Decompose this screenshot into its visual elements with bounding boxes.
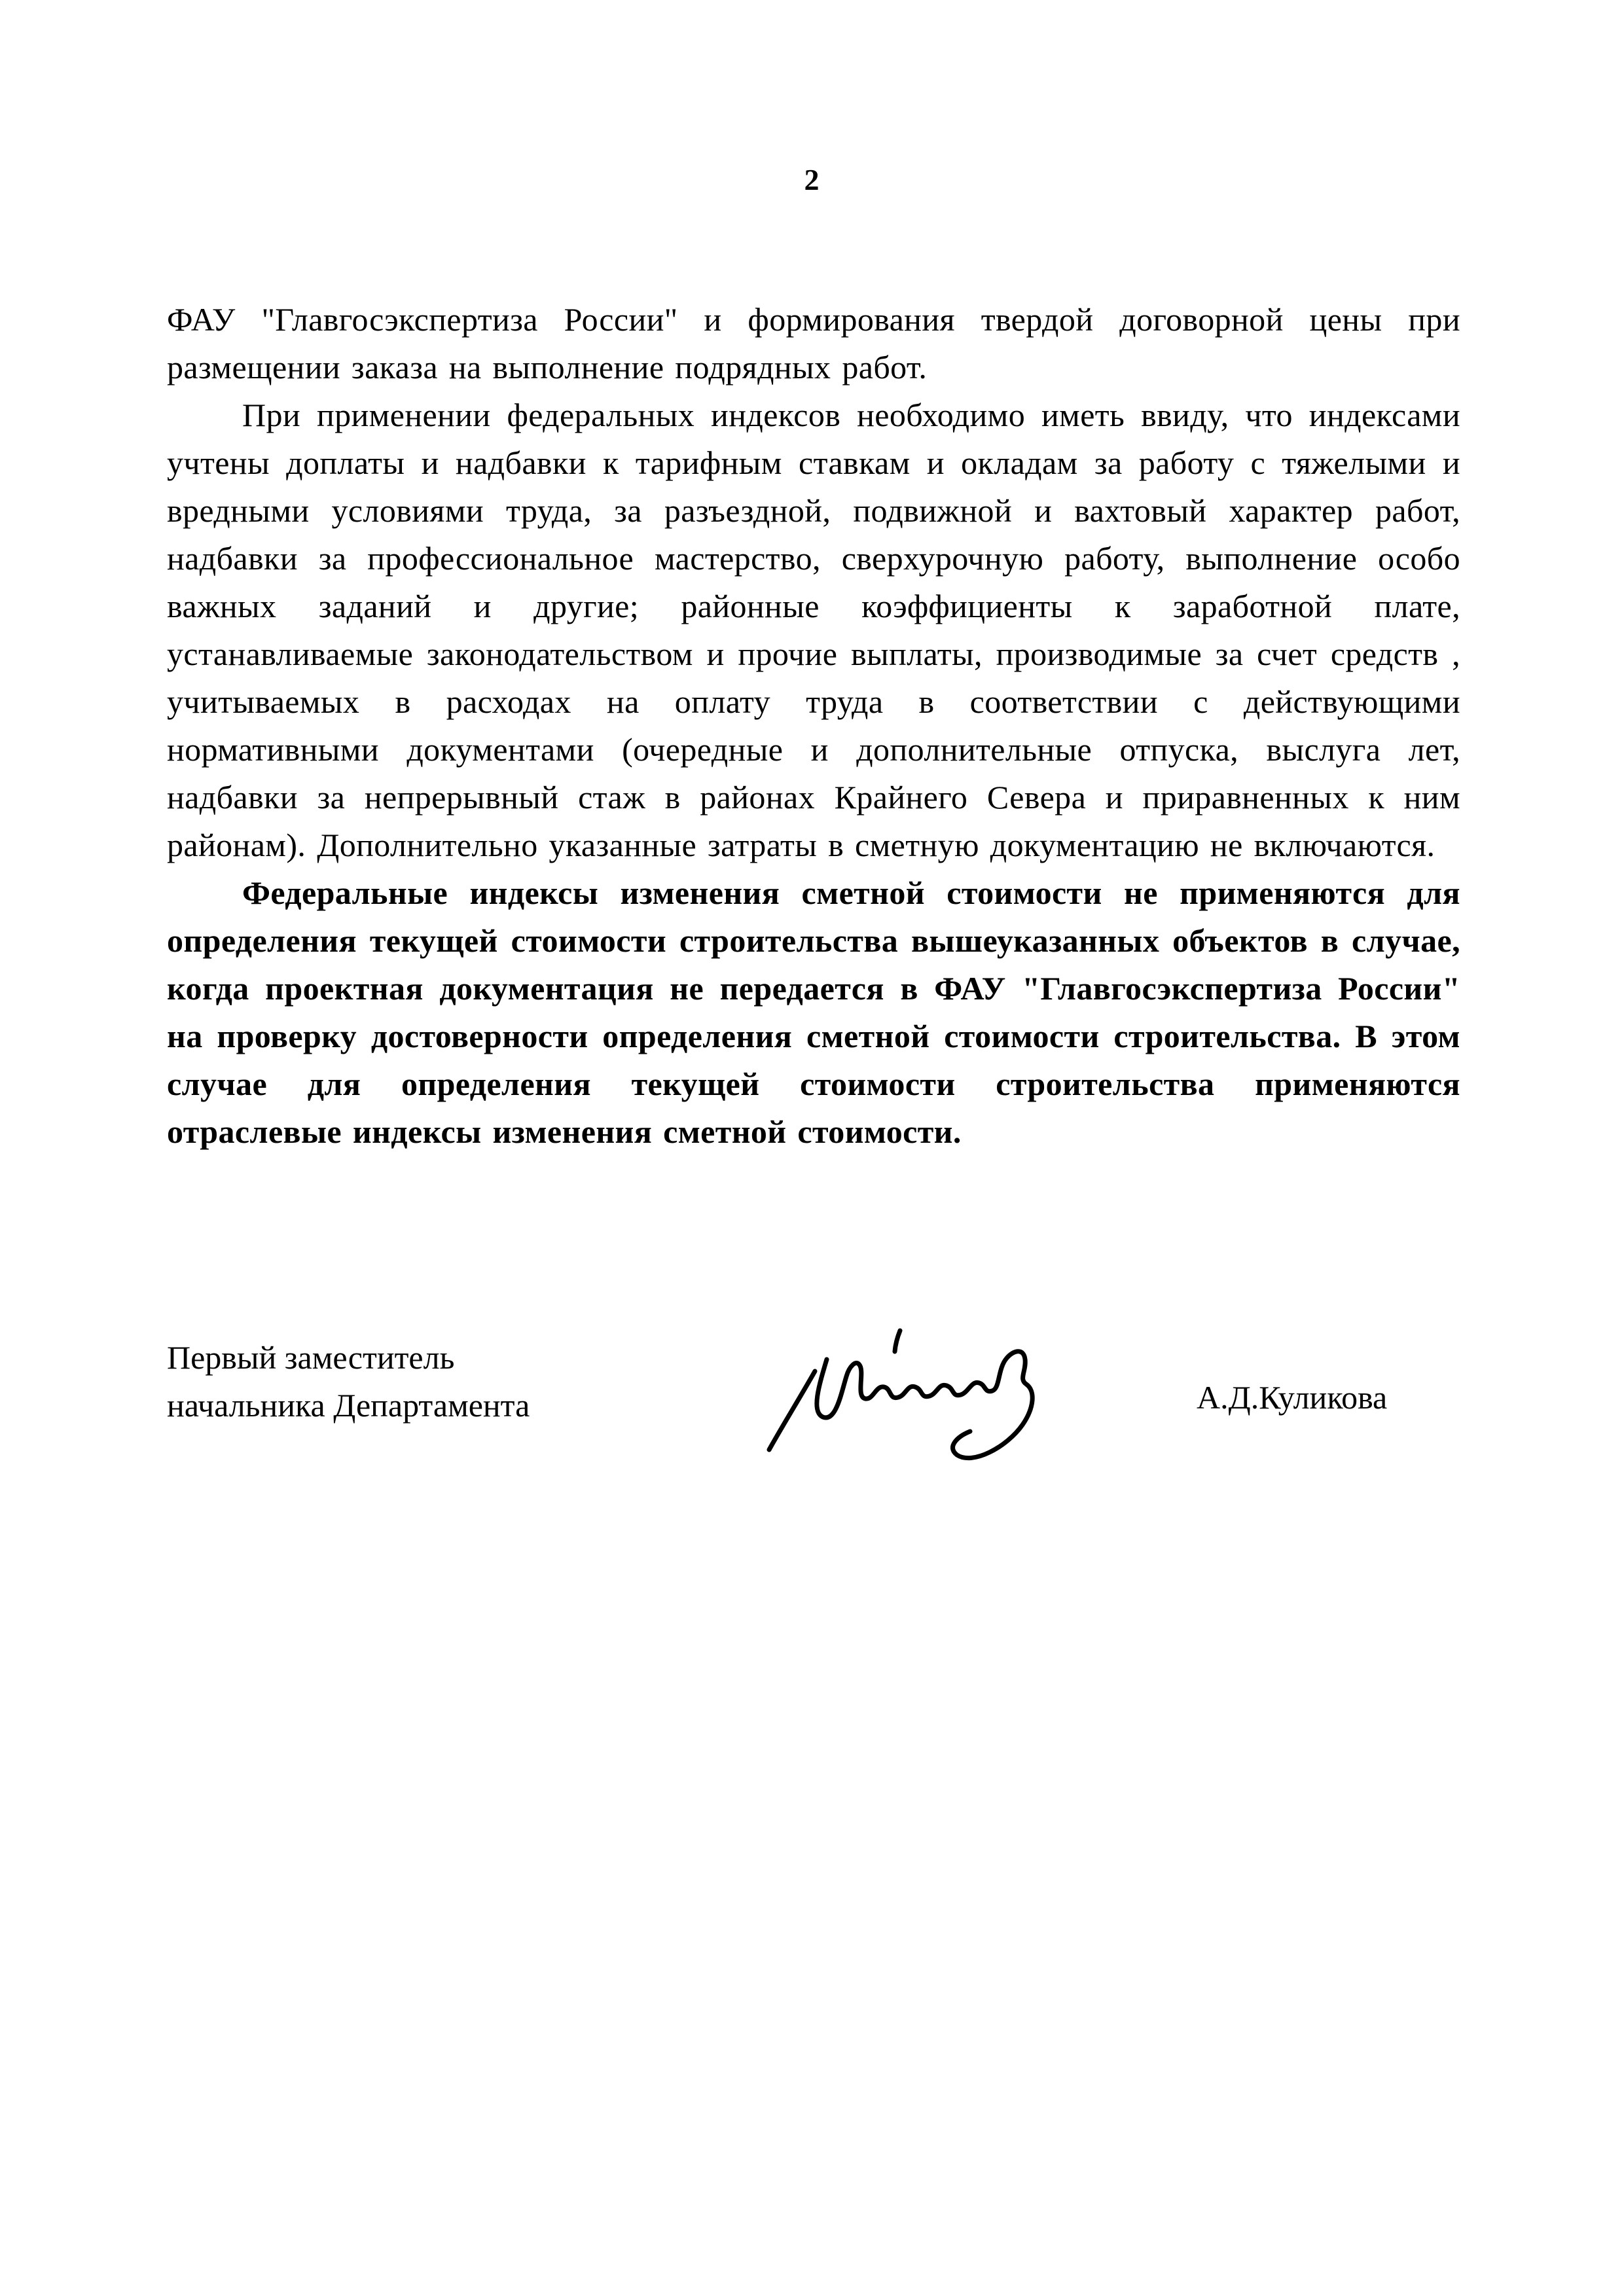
handwritten-signature-icon: [763, 1319, 1070, 1476]
scanned-document-page: 2 ФАУ "Главгосэкспертиза России" и форми…: [0, 0, 1624, 2296]
signer-title-line2: начальника Департамента: [167, 1382, 530, 1429]
signer-title-block: Первый заместитель начальника Департамен…: [167, 1334, 530, 1429]
paragraph-federal-indexes-content: При применении федеральных индексов необ…: [167, 391, 1460, 869]
document-body: ФАУ "Главгосэкспертиза России" и формиро…: [167, 296, 1460, 1156]
paragraph-continuation: ФАУ "Главгосэкспертиза России" и формиро…: [167, 296, 1460, 391]
signer-title-line1: Первый заместитель: [167, 1334, 530, 1382]
signer-name: А.Д.Куликова: [1197, 1378, 1387, 1416]
paragraph-federal-indexes-not-applied: Федеральные индексы изменения сметной ст…: [167, 869, 1460, 1156]
page-number: 2: [0, 162, 1624, 197]
